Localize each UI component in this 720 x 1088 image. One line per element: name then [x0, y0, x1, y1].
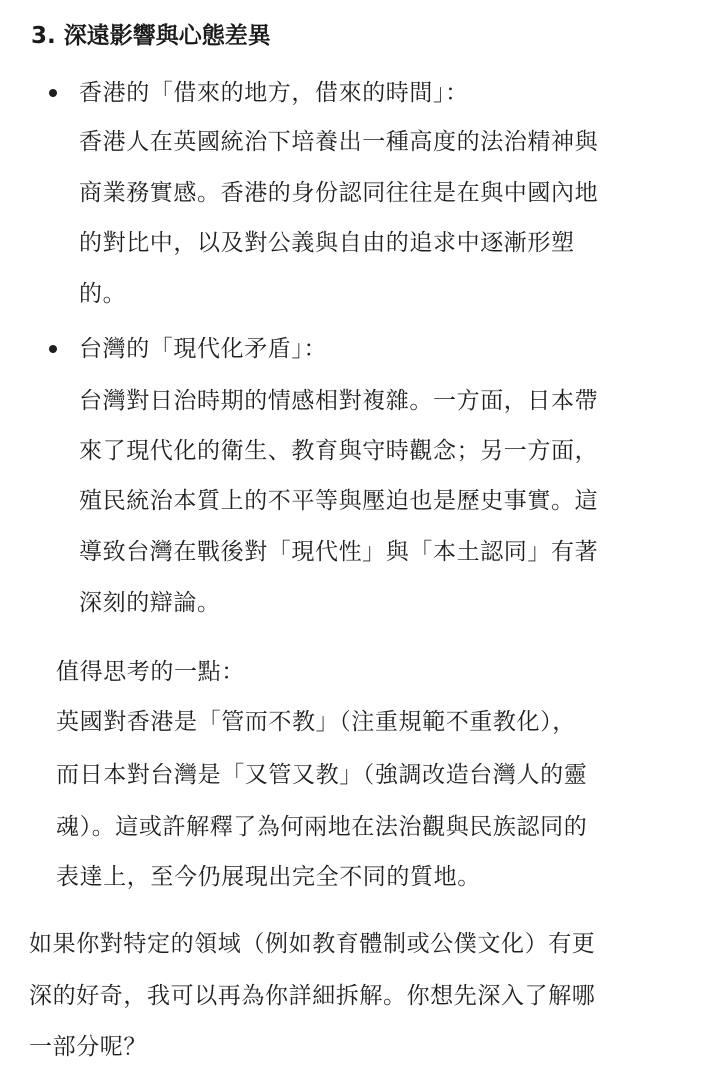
bullet-body-line: 香港人在英國統治下培養出一種高度的法治精神與 [79, 126, 598, 158]
reflection-line: 魂）。這或許解釋了為何兩地在法治觀與民族認同的 [56, 811, 587, 843]
closing-line: 一部分呢？ [29, 1031, 147, 1063]
bullet-body-line: 深刻的辯論。 [79, 587, 221, 619]
reflection-line: 而日本對台灣是「又管又教」（強調改造台灣人的靈 [56, 759, 587, 791]
bullet-body-line: 殖民統治本質上的不平等與壓迫也是歷史事實。這 [79, 485, 598, 517]
reflection-line: 表達上，至今仍展現出完全不同的質地。 [56, 861, 481, 893]
bullet-body-line: 商業務實感。香港的身份認同往往是在與中國內地 [79, 177, 598, 209]
bullet-body-line: 的對比中，以及對公義與自由的追求中逐漸形塑 [79, 227, 575, 259]
bullet-body-line: 的。 [79, 278, 126, 310]
bullet-dot-icon [49, 345, 57, 353]
reflection-line: 英國對香港是「管而不教」（注重規範不重教化）， [56, 706, 576, 738]
bullet-body-line: 來了現代化的衛生、教育與守時觀念；另一方面， [79, 435, 598, 467]
section-heading: 3. 深遠影響與心態差異 [31, 20, 271, 52]
reflection-title: 值得思考的一點： [56, 656, 245, 688]
closing-line: 深的好奇，我可以再為你詳細拆解。你想先深入了解哪 [29, 980, 595, 1012]
bullet-dot-icon [49, 89, 57, 97]
bullet-body-line: 台灣對日治時期的情感相對複雜。一方面，日本帶 [79, 385, 598, 417]
bullet-body-line: 導致台灣在戰後對「現代性」與「本土認同」有著 [79, 536, 598, 568]
closing-line: 如果你對特定的領域（例如教育體制或公僕文化）有更 [29, 928, 595, 960]
bullet-title: 香港的「借來的地方，借來的時間」： [79, 77, 469, 109]
bullet-title: 台灣的「現代化矛盾」： [79, 333, 327, 365]
